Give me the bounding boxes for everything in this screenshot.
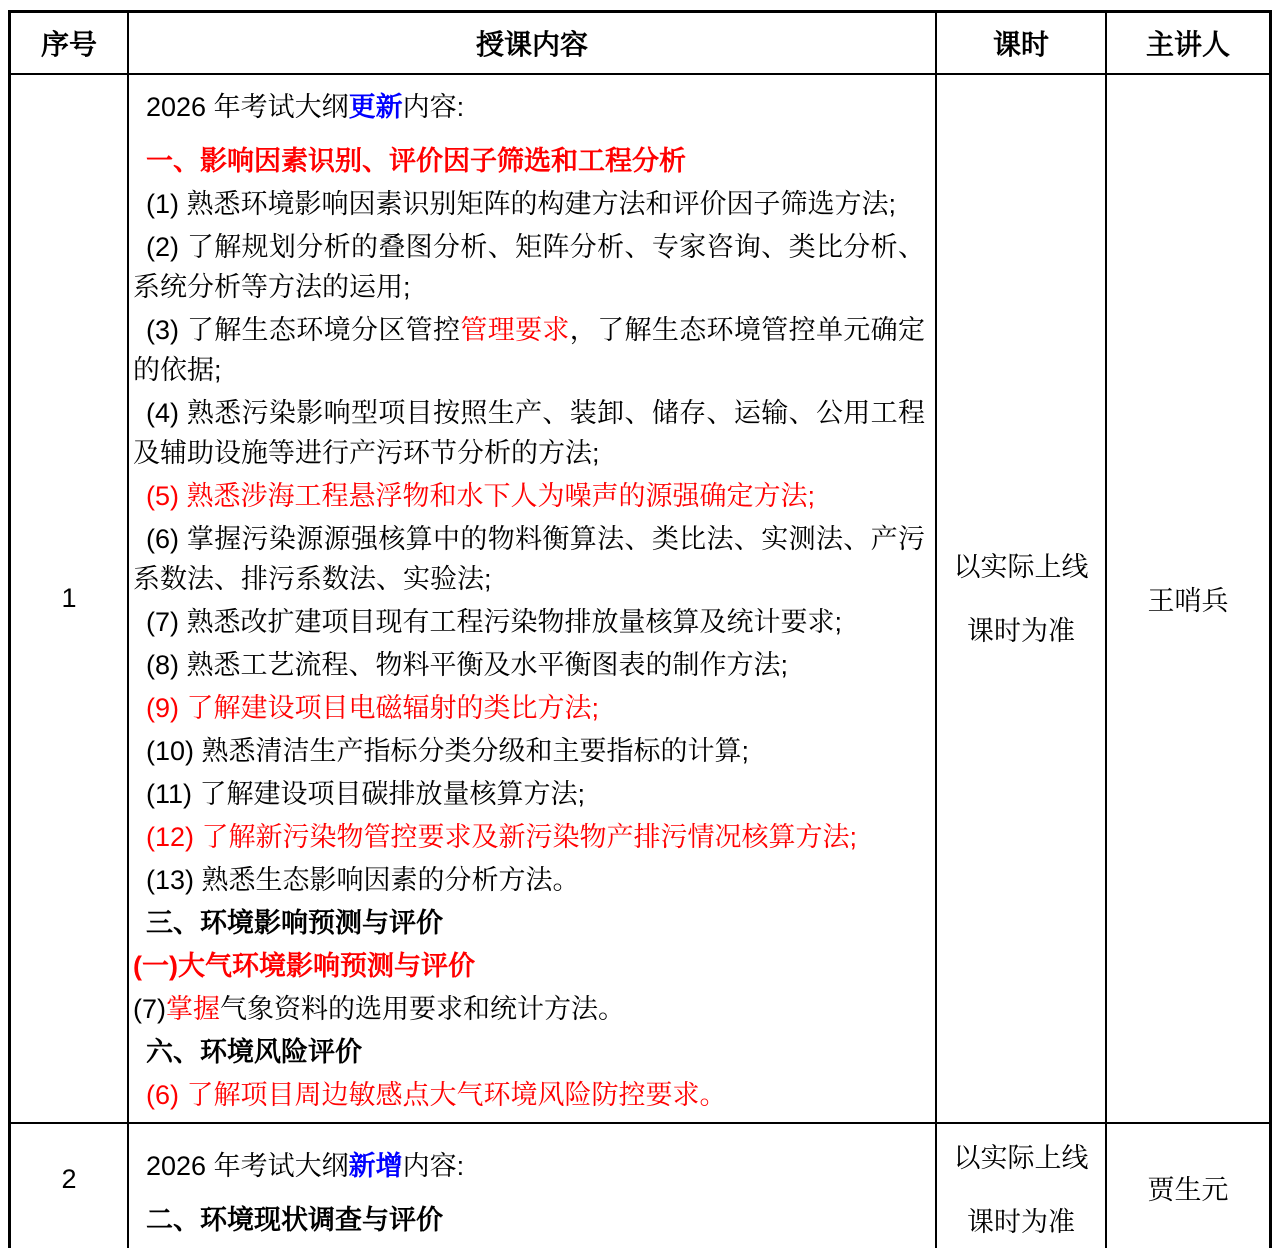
paragraph: (2) 了解规划分析的叠图分析、矩阵分析、专家咨询、类比分析、系统分析等方法的运… — [133, 227, 925, 307]
text-run: 一、影响因素识别、评价因子筛选和工程分析 — [146, 146, 686, 176]
text-run: (9) 了解建设项目电磁辐射的类比方法; — [146, 693, 599, 723]
paragraph: (6) 掌握污染源源强核算中的物料衡算法、类比法、实测法、产污系数法、排污系数法… — [133, 519, 925, 599]
paragraph: 2026 年考试大纲新增内容: — [133, 1146, 925, 1186]
text-run: (一)大气环境影响预测与评价 — [133, 951, 475, 981]
text-run: (1) 熟悉环境影响因素识别矩阵的构建方法和评价因子筛选方法; — [146, 189, 896, 219]
paragraph: (1) 熟悉环境影响因素识别矩阵的构建方法和评价因子筛选方法; — [133, 184, 925, 224]
text-run: (3) 了解生态环境分区管控 — [146, 315, 460, 345]
paragraph: (11) 了解建设项目碳排放量核算方法; — [133, 774, 925, 814]
paragraph: 六、环境风险评价 — [133, 1032, 925, 1072]
hours-line: 课时为准 — [967, 1202, 1075, 1242]
row2-hours: 以实际上线课时为准 — [937, 1124, 1107, 1248]
syllabus-table: 序号 授课内容 课时 主讲人 1 2026 年考试大纲更新内容:一、影响因素识别… — [8, 10, 1272, 1248]
text-run: 管理要求 — [460, 315, 569, 345]
text-run: 新增 — [349, 1151, 403, 1181]
text-run: (11) 了解建设项目碳排放量核算方法; — [146, 779, 585, 809]
text-run: (4) 熟悉污染影响型项目按照生产、装卸、储存、运输、公用工程及辅助设施等进行产… — [133, 398, 925, 468]
text-run: (13) 熟悉生态影响因素的分析方法。 — [146, 865, 580, 895]
text-run: 掌握 — [166, 994, 220, 1024]
text-run: 2026 年考试大纲 — [146, 92, 349, 122]
paragraph: (7)掌握气象资料的选用要求和统计方法。 — [133, 989, 925, 1029]
header-hours: 课时 — [937, 13, 1107, 75]
hours-line: 课时为准 — [967, 611, 1075, 651]
paragraph: (9) 了解建设项目电磁辐射的类比方法; — [133, 688, 925, 728]
text-run: (7) 熟悉改扩建项目现有工程污染物排放量核算及统计要求; — [146, 607, 842, 637]
text-run: (6) 了解项目周边敏感点大气环境风险防控要求。 — [146, 1080, 727, 1110]
paragraph: 三、环境影响预测与评价 — [133, 903, 925, 943]
hours-line: 以实际上线 — [954, 1138, 1089, 1178]
text-run: (8) 熟悉工艺流程、物料平衡及水平衡图表的制作方法; — [146, 650, 788, 680]
header-content: 授课内容 — [129, 13, 937, 75]
paragraph: (6) 了解项目周边敏感点大气环境风险防控要求。 — [133, 1075, 925, 1115]
row1-hours: 以实际上线课时为准 — [937, 75, 1107, 1124]
paragraph: (12) 了解新污染物管控要求及新污染物产排污情况核算方法; — [133, 817, 925, 857]
text-run: 三、环境影响预测与评价 — [146, 908, 443, 938]
text-run: 更新 — [349, 92, 403, 122]
row1-content: 2026 年考试大纲更新内容:一、影响因素识别、评价因子筛选和工程分析(1) 熟… — [129, 75, 937, 1124]
paragraph: 二、环境现状调查与评价 — [133, 1200, 925, 1240]
paragraph: (4) 熟悉污染影响型项目按照生产、装卸、储存、运输、公用工程及辅助设施等进行产… — [133, 393, 925, 473]
text-run: 内容: — [403, 1151, 465, 1181]
paragraph: (13) 熟悉生态影响因素的分析方法。 — [133, 860, 925, 900]
paragraph: (10) 熟悉清洁生产指标分类分级和主要指标的计算; — [133, 731, 925, 771]
paragraph: 一、影响因素识别、评价因子筛选和工程分析 — [133, 141, 925, 181]
header-lecturer: 主讲人 — [1107, 13, 1269, 75]
text-run: 二、环境现状调查与评价 — [146, 1205, 443, 1235]
text-run: 内容: — [403, 92, 465, 122]
paragraph: 2026 年考试大纲更新内容: — [133, 87, 925, 127]
hours-line: 以实际上线 — [954, 547, 1089, 587]
text-run: (12) 了解新污染物管控要求及新污染物产排污情况核算方法; — [146, 822, 857, 852]
text-run: 气象资料的选用要求和统计方法。 — [220, 994, 625, 1024]
text-run: 2026 年考试大纲 — [146, 1151, 349, 1181]
paragraph: (8) 熟悉工艺流程、物料平衡及水平衡图表的制作方法; — [133, 645, 925, 685]
row2-seq: 2 — [11, 1124, 129, 1248]
text-run: (10) 熟悉清洁生产指标分类分级和主要指标的计算; — [146, 736, 749, 766]
row2-lecturer: 贾生元 — [1107, 1124, 1269, 1248]
header-seq: 序号 — [11, 13, 129, 75]
paragraph: (7) 熟悉改扩建项目现有工程污染物排放量核算及统计要求; — [133, 602, 925, 642]
paragraph: (一)大气环境影响预测与评价 — [133, 946, 925, 986]
text-run: (7) — [133, 994, 166, 1024]
paragraph: (5) 熟悉涉海工程悬浮物和水下人为噪声的源强确定方法; — [133, 476, 925, 516]
row2-content: 2026 年考试大纲新增内容:二、环境现状调查与评价 — [129, 1124, 937, 1248]
paragraph: (3) 了解生态环境分区管控管理要求，了解生态环境管控单元确定的依据; — [133, 310, 925, 390]
row1-lecturer: 王哨兵 — [1107, 75, 1269, 1124]
text-run: (5) 熟悉涉海工程悬浮物和水下人为噪声的源强确定方法; — [146, 481, 815, 511]
text-run: 六、环境风险评价 — [146, 1037, 362, 1067]
text-run: (2) 了解规划分析的叠图分析、矩阵分析、专家咨询、类比分析、系统分析等方法的运… — [133, 232, 925, 302]
row1-seq: 1 — [11, 75, 129, 1124]
text-run: (6) 掌握污染源源强核算中的物料衡算法、类比法、实测法、产污系数法、排污系数法… — [133, 524, 925, 594]
